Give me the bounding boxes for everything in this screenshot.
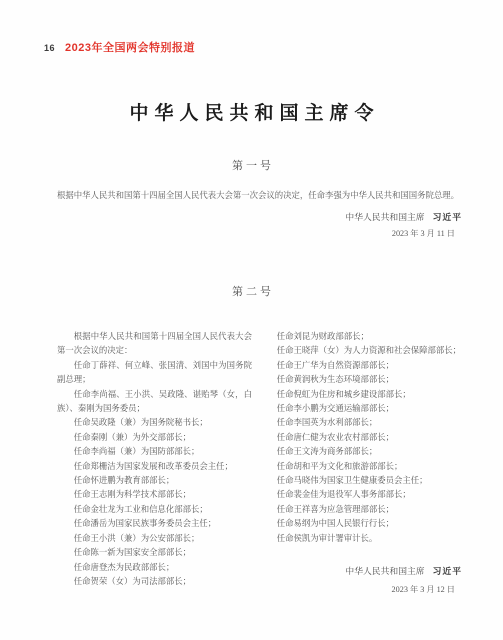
order-2-date: 2023 年 3 月 12 日 <box>392 584 455 595</box>
appointment-item: 任命郑栅洁为国家发展和改革委员会主任； <box>57 460 252 474</box>
appointment-item: 任命秦刚（兼）为外交部部长； <box>57 431 252 445</box>
appointment-item: 任命易纲为中国人民银行行长； <box>260 517 462 531</box>
appointment-item: 任命李小鹏为交通运输部部长； <box>260 402 462 416</box>
order-2-intro: 根据中华人民共和国第十四届全国人民代表大会第一次会议的决定： <box>57 330 252 359</box>
order-2-signer-name: 习近平 <box>433 566 462 576</box>
order-1-signer-name: 习近平 <box>433 212 462 222</box>
appointment-item: 任命王祥喜为应急管理部部长； <box>260 503 462 517</box>
order-1-heading: 第一号 <box>0 157 503 173</box>
page-header: 16 2023年全国两会特别报道 <box>44 39 195 55</box>
appointment-item: 任命裴金佳为退役军人事务部部长； <box>260 488 462 502</box>
appointment-item: 任命胡和平为文化和旅游部部长； <box>260 460 462 474</box>
appointment-item: 任命怀进鹏为教育部部长； <box>57 474 252 488</box>
appointment-item: 任命唐登杰为民政部部长； <box>57 561 252 575</box>
appointment-item: 任命黄润秋为生态环境部部长； <box>260 373 462 387</box>
appointment-item: 任命陈一新为国家安全部部长； <box>57 546 252 560</box>
appointment-item: 任命王广华为自然资源部部长； <box>260 359 462 373</box>
appointment-item: 任命倪虹为住房和城乡建设部部长； <box>260 388 462 402</box>
appointment-item: 任命王晓萍（女）为人力资源和社会保障部部长； <box>260 344 462 358</box>
appointment-item: 任命李国英为水利部部长； <box>260 416 462 430</box>
appointment-item: 任命侯凯为审计署审计长。 <box>260 532 462 546</box>
appointment-item: 任命马晓伟为国家卫生健康委员会主任； <box>260 474 462 488</box>
appointment-item: 任命刘昆为财政部部长； <box>260 330 462 344</box>
appointment-item: 任命唐仁健为农业农村部部长； <box>260 431 462 445</box>
appointment-item: 任命潘岳为国家民族事务委员会主任； <box>57 517 252 531</box>
appointment-item: 任命丁薛祥、何立峰、张国清、刘国中为国务院副总理； <box>57 359 252 388</box>
order-2-left-column: 根据中华人民共和国第十四届全国人民代表大会第一次会议的决定： 任命丁薛祥、何立峰… <box>57 330 252 589</box>
appointment-item: 任命贺荣（女）为司法部部长； <box>57 575 252 589</box>
order-1-date: 2023 年 3 月 11 日 <box>392 228 455 239</box>
order-2-signer-title: 中华人民共和国主席 <box>345 566 424 576</box>
appointments-left-list: 任命丁薛祥、何立峰、张国清、刘国中为国务院副总理；任命李尚福、王小洪、吴政隆、谌… <box>57 359 252 590</box>
appointment-item: 任命王文涛为商务部部长； <box>260 445 462 459</box>
appointment-item: 任命王小洪（兼）为公安部部长； <box>57 532 252 546</box>
appointment-item: 任命李尚福（兼）为国防部部长； <box>57 445 252 459</box>
appointment-item: 任命金壮龙为工业和信息化部部长； <box>57 503 252 517</box>
order-2-heading: 第二号 <box>0 283 503 299</box>
appointment-item: 任命李尚福、王小洪、吴政隆、谌贻琴（女，白族）、秦刚为国务委员； <box>57 388 252 417</box>
order-1-signer-title: 中华人民共和国主席 <box>345 212 424 222</box>
order-2-right-column: 任命刘昆为财政部部长；任命王晓萍（女）为人力资源和社会保障部部长；任命王广华为自… <box>260 330 462 546</box>
order-1-body: 根据中华人民共和国第十四届全国人民代表大会第一次会议的决定，任命李强为中华人民共… <box>57 188 462 203</box>
appointment-item: 任命王志刚为科学技术部部长； <box>57 488 252 502</box>
appointment-item: 任命吴政隆（兼）为国务院秘书长； <box>57 416 252 430</box>
section-header-title: 2023年全国两会特别报道 <box>65 39 195 55</box>
order-2-signature: 中华人民共和国主席习近平 <box>345 564 462 577</box>
appointments-right-list: 任命刘昆为财政部部长；任命王晓萍（女）为人力资源和社会保障部部长；任命王广华为自… <box>260 330 462 546</box>
page-number: 16 <box>44 43 55 53</box>
document-title: 中华人民共和国主席令 <box>0 98 503 125</box>
order-1-signature: 中华人民共和国主席习近平 <box>345 210 462 223</box>
document-page: 16 2023年全国两会特别报道 中华人民共和国主席令 第一号 根据中华人民共和… <box>0 0 503 640</box>
